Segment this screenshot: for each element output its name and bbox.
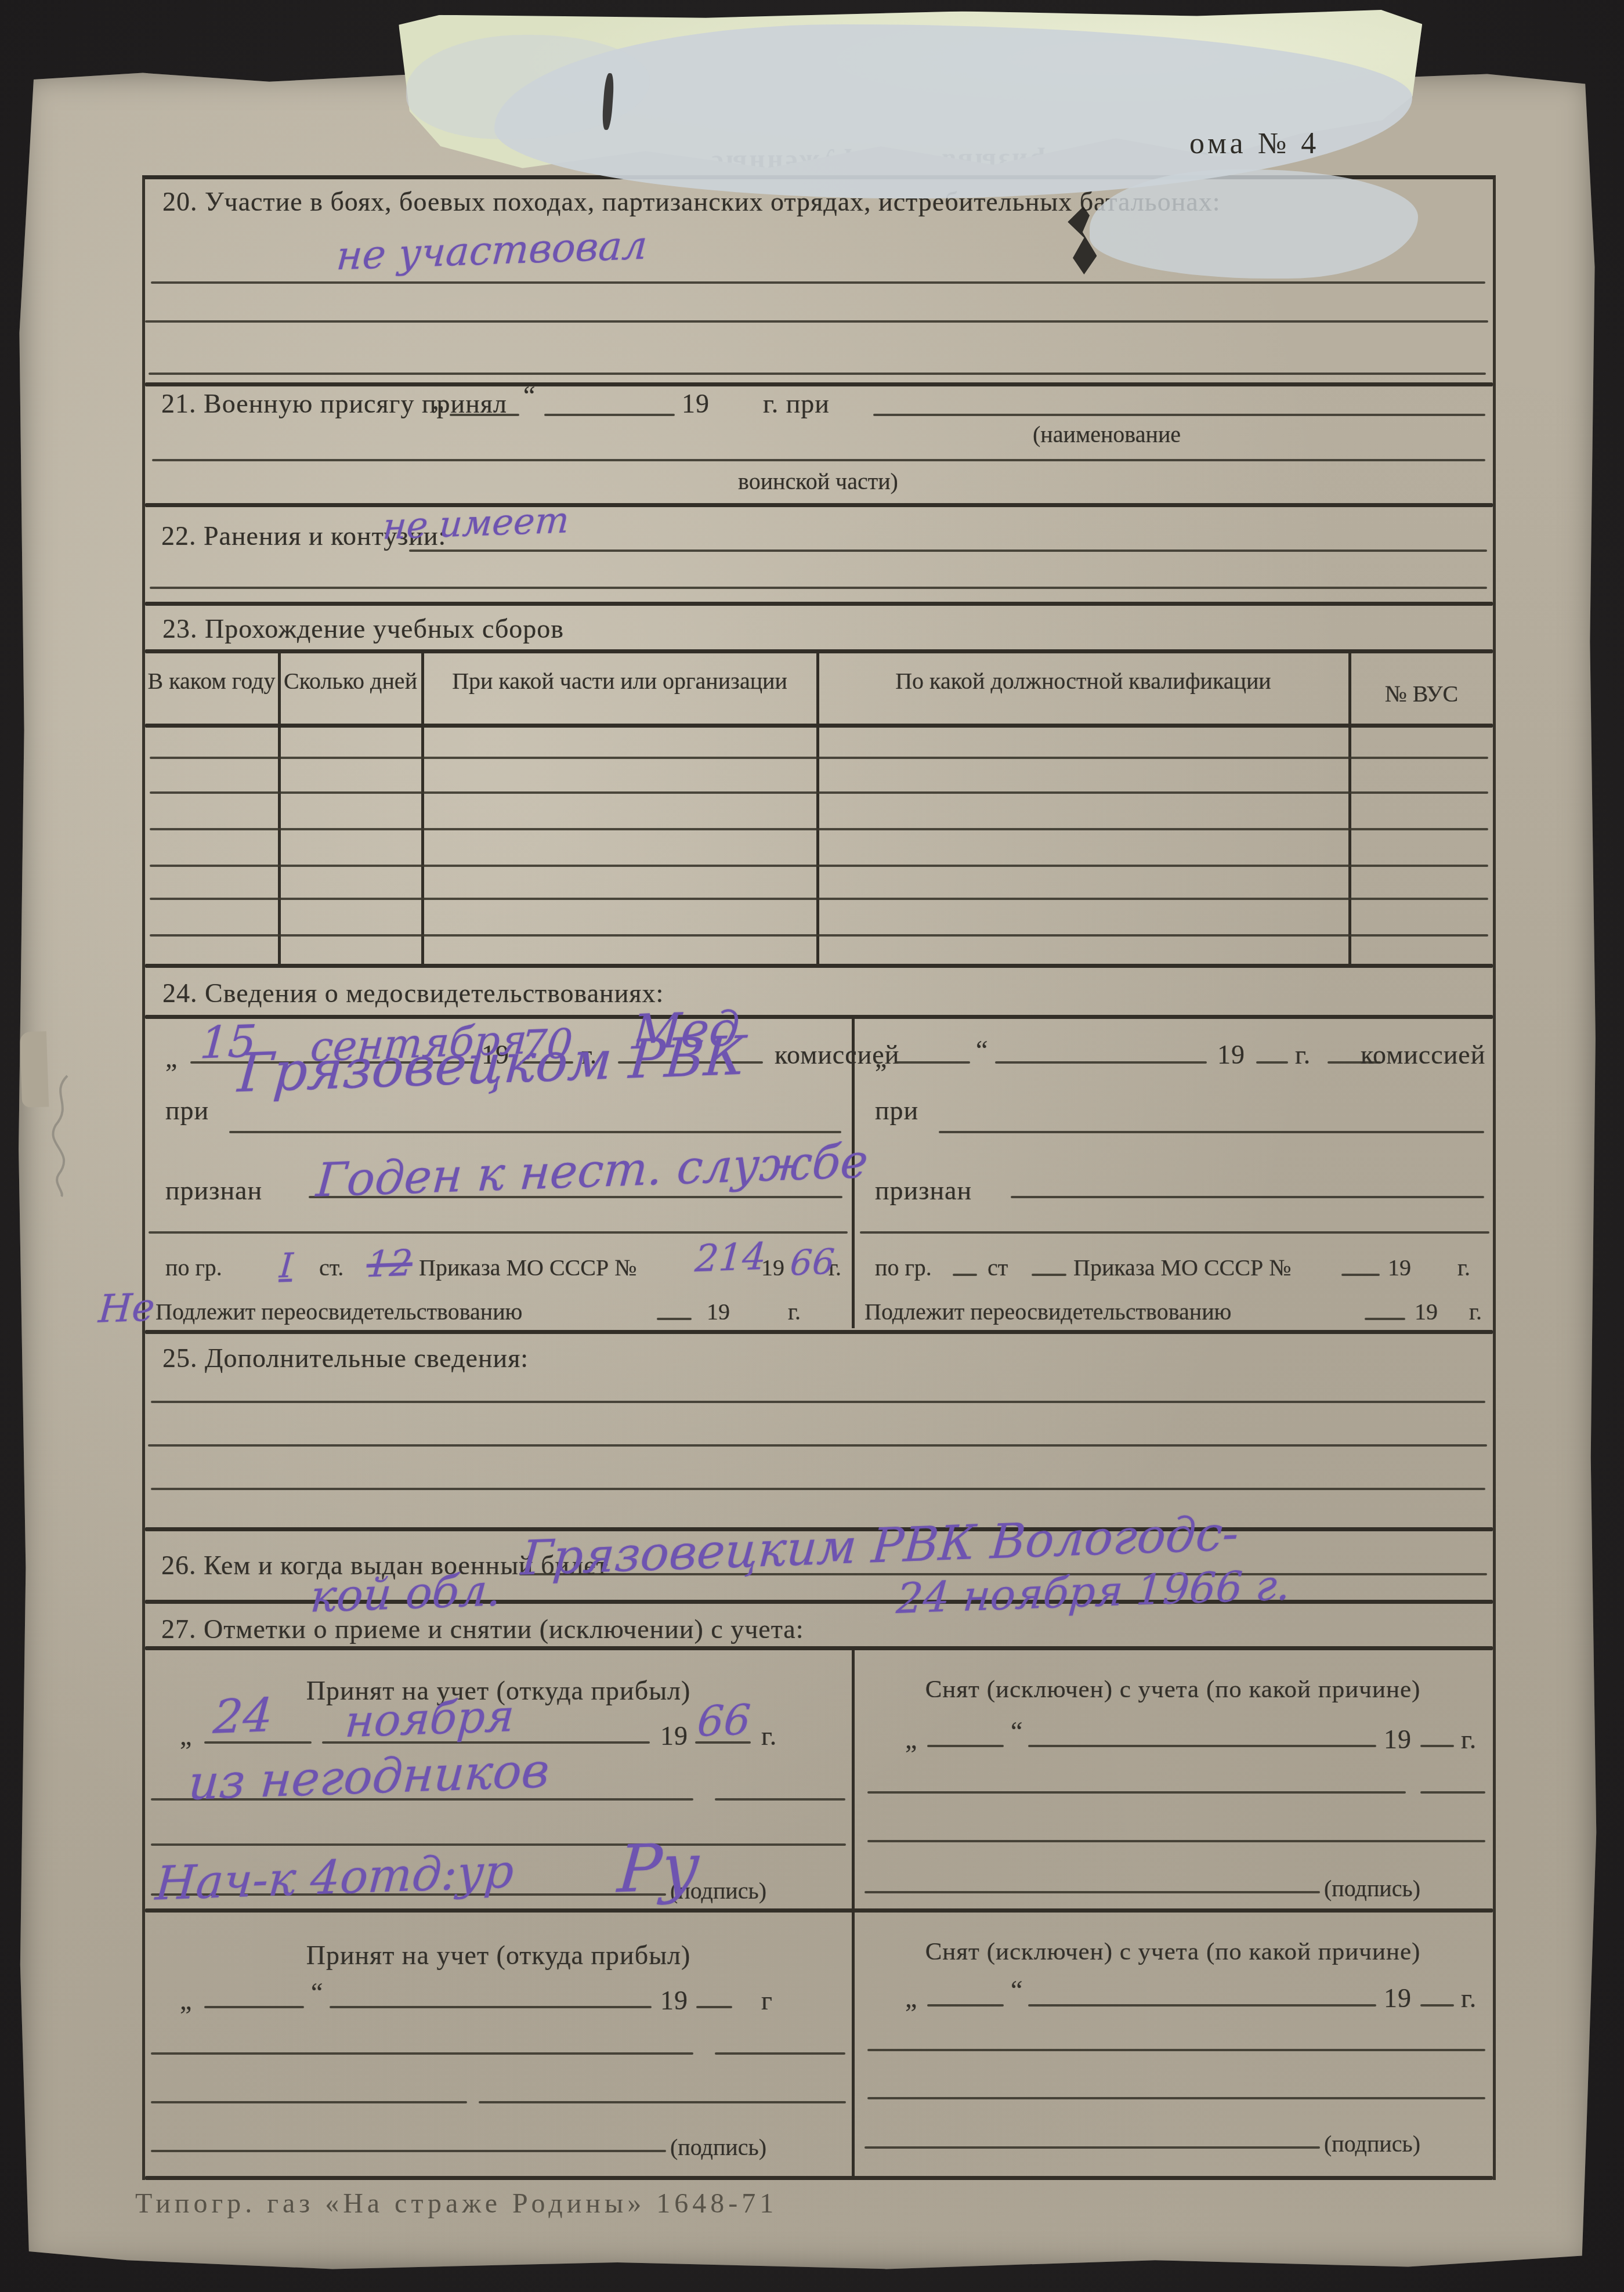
podlezhit-label: Подлежит переосвидетельствованию	[865, 1298, 1231, 1325]
signature-line	[865, 1891, 1320, 1893]
blank-place	[939, 1131, 1484, 1133]
col-header-days: Сколько дней	[280, 667, 421, 696]
blank	[1341, 1274, 1380, 1276]
quote-close: “	[1011, 1716, 1023, 1747]
po-gr-label: по гр.	[165, 1254, 222, 1281]
priznan-label: признан	[165, 1175, 262, 1206]
row-divider	[145, 1908, 1493, 1913]
g-label: г.	[1295, 1039, 1311, 1070]
quote-close: “	[311, 1977, 323, 2008]
row-divider	[860, 1231, 1489, 1234]
quote-close: “	[523, 380, 536, 411]
po-gr-label: по гр.	[875, 1254, 932, 1281]
blank-line	[151, 2101, 467, 2103]
g-label: г.	[788, 1298, 801, 1325]
col-header-vus: № ВУС	[1350, 679, 1493, 708]
blank-day	[450, 414, 519, 416]
table-row-line	[150, 791, 1488, 794]
section22-handwriting: не имеет	[382, 498, 571, 547]
margin-note-handwriting: Не	[97, 1285, 156, 1332]
blank-line	[1420, 1791, 1485, 1794]
col-header-unit: При какой части или организации	[423, 667, 816, 696]
accept-signature: Ру	[615, 1829, 701, 1907]
blank-line	[151, 1401, 1485, 1403]
table-row-line	[150, 934, 1488, 937]
row-divider	[149, 1231, 848, 1234]
blank-line	[148, 1444, 1487, 1447]
quote-open: „	[432, 385, 444, 415]
blank-line	[715, 2052, 845, 2055]
g-label: г	[761, 1985, 773, 2016]
table-column-line	[816, 650, 819, 964]
blank-line	[145, 320, 1488, 323]
blank-year	[696, 2006, 732, 2008]
blank	[1365, 1318, 1405, 1320]
issued-by-handwriting-2: кой обл.	[309, 1564, 503, 1622]
blank-verdict	[1011, 1196, 1484, 1198]
year-prefix: 19	[660, 1985, 688, 2016]
year-prefix: 19	[1384, 1724, 1412, 1755]
blank-line	[151, 1488, 1485, 1490]
signature-line	[865, 2146, 1320, 2149]
remove-header: Снят (исключен) с учета (по какой причин…	[853, 1674, 1493, 1705]
blank-line	[867, 1840, 1485, 1842]
blank-line	[150, 587, 1487, 589]
year-prefix: 19	[660, 1720, 688, 1751]
blank-line	[867, 2049, 1485, 2051]
blank-year	[1256, 1061, 1288, 1064]
remove-header-2: Снят (исключен) с учета (по какой причин…	[853, 1936, 1493, 1968]
signature-line	[151, 2150, 666, 2152]
g-label: г.	[1461, 1983, 1477, 2013]
section24-title: 24. Сведения о медосвидетельствованиях:	[162, 978, 664, 1008]
blank-year	[1420, 1745, 1454, 1747]
year-prefix: 19	[1217, 1039, 1245, 1070]
g-label: г.	[1469, 1298, 1482, 1325]
hint-name: (наименование	[1033, 421, 1181, 448]
year-prefix: 19	[1388, 1254, 1411, 1281]
blank-month	[330, 2006, 652, 2008]
blank-month	[1028, 1745, 1376, 1747]
blank-unit	[873, 414, 1485, 416]
year-prefix: 19	[707, 1298, 730, 1325]
accept-month-handwriting: ноября	[343, 1690, 516, 1747]
printer-imprint: Типогр. газ «На страже Родины» 1648-71	[135, 2188, 777, 2219]
form-body: 20. Участие в боях, боевых походах, парт…	[142, 175, 1496, 2180]
table-bottom-border	[145, 964, 1493, 968]
section-divider	[145, 382, 1493, 386]
blank-line	[409, 549, 1487, 552]
commission-label: комиссией	[1361, 1039, 1485, 1070]
g-label: г.	[761, 1720, 777, 1751]
table-row-line	[150, 828, 1488, 830]
blank-month	[995, 1061, 1207, 1064]
accept-year-handwriting: 66	[696, 1695, 752, 1745]
hint-unit: воинской части)	[516, 467, 1120, 496]
pencil-mark	[32, 1070, 85, 1198]
form-number: ома № 4	[1189, 126, 1319, 161]
table-row-line	[150, 757, 1488, 759]
section27-title: 27. Отметки о приеме и снятии (исключени…	[161, 1614, 804, 1644]
section-divider	[145, 503, 1493, 507]
section20-handwriting: не участвовал	[335, 223, 649, 280]
prikaz-label: Приказа МО СССР №	[1073, 1254, 1291, 1281]
table-column-line	[421, 650, 424, 964]
table-bottom-border	[145, 2176, 1493, 2180]
blank-day	[204, 2006, 304, 2008]
blank-year	[1420, 2004, 1454, 2007]
blank-place	[229, 1131, 841, 1133]
table-row-line	[150, 898, 1488, 900]
whiteout-patch-small	[1090, 169, 1418, 279]
prikaz-label: Приказа МО СССР №	[419, 1254, 636, 1281]
document-page: Не 20. Участие в боях, боевых походах, п…	[16, 68, 1598, 2273]
blank-line	[152, 459, 1485, 461]
st-label: ст.	[319, 1254, 343, 1281]
signature-hint: (подпись)	[1324, 1875, 1420, 1902]
col-header-year: В каком году	[145, 667, 278, 696]
blank-day	[927, 2004, 1004, 2007]
blank-line	[867, 2097, 1485, 2099]
table-top-border	[145, 1646, 1493, 1650]
priznan-label: признан	[875, 1175, 972, 1206]
blank-line	[867, 1791, 1406, 1794]
year-prefix: 19	[1415, 1298, 1438, 1325]
blank-day	[927, 1745, 1004, 1747]
pri-label: при	[165, 1095, 209, 1126]
blank-line	[151, 2052, 693, 2055]
accept-from-handwriting: из негодников	[187, 1743, 551, 1811]
quote-open: „	[180, 1985, 192, 2016]
blank-line	[151, 281, 1485, 284]
year-prefix: 19	[1384, 1983, 1412, 2013]
section-divider	[145, 1330, 1493, 1334]
order-no-handwriting: 214	[693, 1235, 767, 1281]
quote-open: „	[875, 1043, 887, 1073]
signature-hint: (подпись)	[1324, 2130, 1420, 2157]
accept-day-handwriting: 24	[212, 1688, 274, 1744]
section-divider	[145, 602, 1493, 606]
g-label: г.	[1461, 1724, 1477, 1755]
blank-line	[479, 2101, 846, 2103]
table-row-line	[150, 865, 1488, 867]
pri-label: при	[875, 1095, 918, 1126]
gr-handwriting: I	[278, 1245, 295, 1285]
blank-month	[544, 414, 675, 416]
blank-month	[1028, 2004, 1376, 2007]
blank-line	[149, 373, 1486, 375]
blank	[953, 1274, 977, 1276]
box-top-border	[145, 1015, 1493, 1019]
quote-close: “	[1011, 1975, 1023, 2005]
blank	[657, 1318, 692, 1320]
accept-header-2: Принят на учет (откуда прибыл)	[145, 1939, 852, 1972]
st-label: ст	[988, 1254, 1008, 1281]
col-header-qual: По какой должностной квалификации	[818, 667, 1348, 696]
blank	[1032, 1274, 1066, 1276]
quote-open: „	[165, 1043, 178, 1073]
g-label: г.	[1457, 1254, 1470, 1281]
blank-line	[715, 1798, 845, 1801]
year-prefix: 19	[682, 388, 710, 419]
accept-official-handwriting: Нач-к 4отд:ур	[154, 1844, 516, 1911]
quote-open: „	[905, 1983, 917, 2013]
scan-scene: { "header": { "ghost_text": "нные сторон…	[0, 0, 1624, 2292]
signature-hint: (подпись)	[670, 2134, 766, 2161]
podlezhit-label: Подлежит переосвидетельствованию	[155, 1298, 522, 1325]
st-no-handwriting: 12	[365, 1242, 414, 1286]
section25-title: 25. Дополнительные сведения:	[162, 1343, 529, 1373]
table-column-line	[278, 650, 281, 964]
g-pri-label: г. при	[763, 388, 830, 419]
section23-title: 23. Прохождение учебных сборов	[162, 613, 564, 644]
order-year-handwriting: 66	[789, 1242, 836, 1284]
quote-close: “	[976, 1035, 988, 1065]
quote-open: „	[180, 1720, 192, 1751]
blank-day	[895, 1061, 970, 1064]
quote-open: „	[905, 1724, 917, 1755]
